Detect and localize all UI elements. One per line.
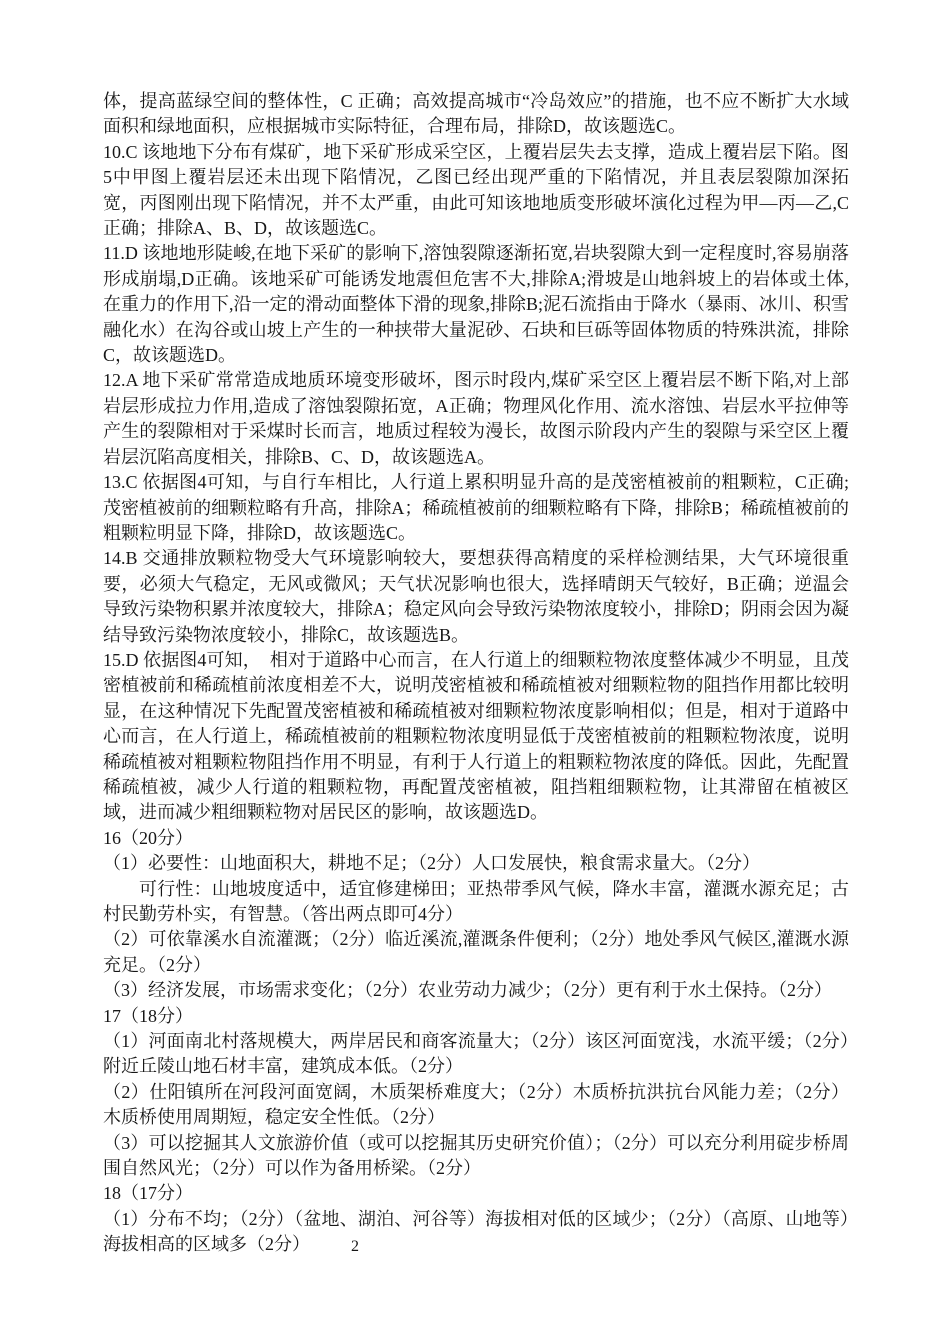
para-q16-part1-feasibility: 可行性：山地坡度适中，适宜修建梯田；亚热带季风气候，降水丰富，灌溉水源充足；古村… <box>103 877 849 928</box>
heading-q17: 17（18分） <box>103 1004 849 1029</box>
para-q12-answer: 12.A 地下采矿常常造成地质环境变形破坏，图示时段内,煤矿采空区上覆岩层不断下… <box>103 368 849 470</box>
para-q9-continuation: 体，提高蓝绿空间的整体性，C 正确；高效提高城市“冷岛效应”的措施，也不应不断扩… <box>103 89 849 140</box>
para-q17-part1: （1）河面南北村落规模大，两岸居民和商客流量大；（2分）该区河面宽浅，水流平缓；… <box>103 1029 849 1080</box>
para-q16-part1-necessity: （1）必要性：山地面积大，耕地不足；（2分）人口发展快，粮食需求量大。（2分） <box>103 851 849 876</box>
para-q10-answer: 10.C 该地地下分布有煤矿，地下采矿形成采空区，上覆岩层失去支撑，造成上覆岩层… <box>103 140 849 242</box>
para-q11-answer: 11.D 该地地形陡峻,在地下采矿的影响下,溶蚀裂隙逐渐拓宽,岩块裂隙大到一定程… <box>103 241 849 368</box>
para-q15-answer: 15.D 依据图4可知， 相对于道路中心而言，在人行道上的细颗粒物浓度整体减少不… <box>103 648 849 826</box>
para-q14-answer: 14.B 交通排放颗粒物受大气环境影响较大，要想获得高精度的采样检测结果，大气环… <box>103 546 849 648</box>
para-q18-part1: （1）分布不均；（2分）（盆地、湖泊、河谷等）海拔相对低的区域少；（2分）（高原… <box>103 1207 849 1258</box>
para-q13-answer: 13.C 依据图4可知，与自行车相比，人行道上累积明显升高的是茂密植被前的粗颗粒… <box>103 470 849 546</box>
heading-q16: 16（20分） <box>103 826 849 851</box>
para-q16-part2: （2）可依靠溪水自流灌溉；（2分）临近溪流,灌溉条件便利；（2分）地处季风气候区… <box>103 927 849 978</box>
para-q16-part3: （3）经济发展，市场需求变化；（2分）农业劳动力减少；（2分）更有利于水土保持。… <box>103 978 849 1003</box>
page-number: 2 <box>330 1238 380 1256</box>
answer-key-text: 体，提高蓝绿空间的整体性，C 正确；高效提高城市“冷岛效应”的措施，也不应不断扩… <box>103 89 849 1258</box>
document-page: 体，提高蓝绿空间的整体性，C 正确；高效提高城市“冷岛效应”的措施，也不应不断扩… <box>0 0 950 1344</box>
heading-q18: 18（17分） <box>103 1181 849 1206</box>
para-q17-part3: （3）可以挖掘其人文旅游价值（或可以挖掘其历史研究价值）；（2分）可以充分利用碇… <box>103 1131 849 1182</box>
para-q17-part2: （2）仕阳镇所在河段河面宽阔，木质架桥难度大；（2分）木质桥抗洪抗台风能力差；（… <box>103 1080 849 1131</box>
